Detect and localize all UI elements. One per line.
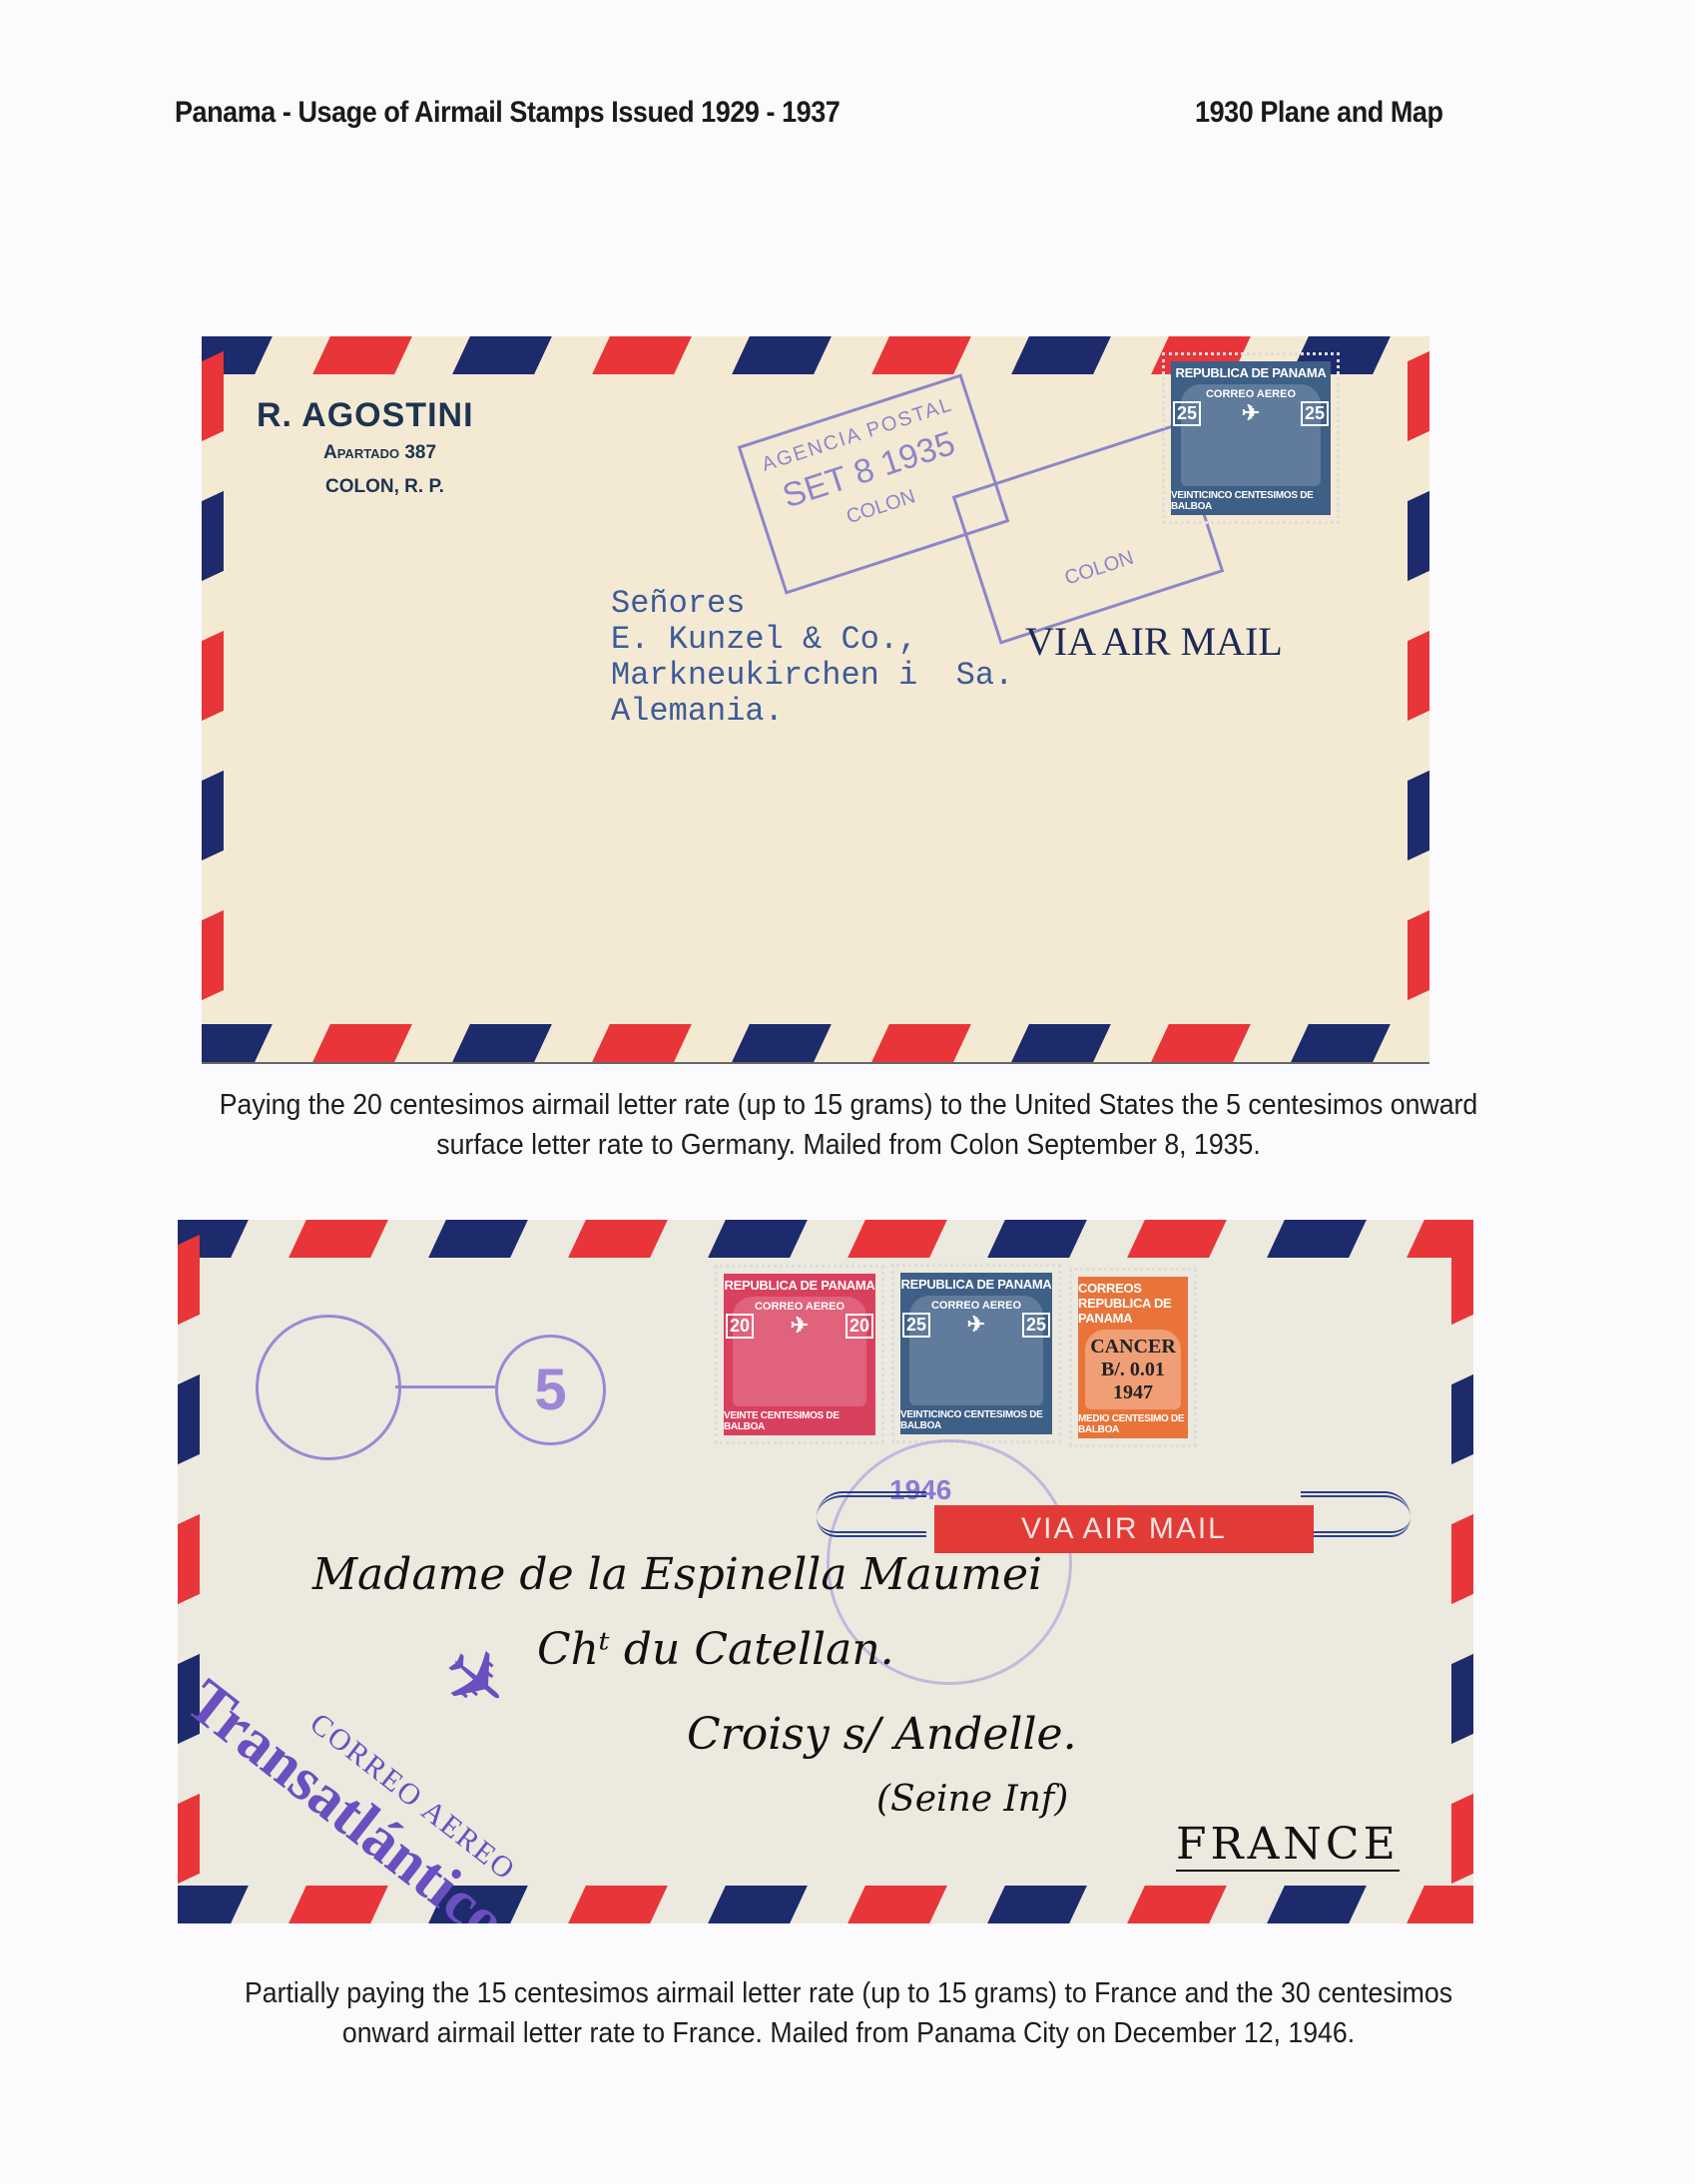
stamp-20c: REPUBLICA DE PANAMACORREO AEREO✈VEINTE C… [715,1265,884,1444]
stamp-half-centesimo-overprint: CORREOS REPUBLICA DE PANAMACANCERB/. 0.0… [1069,1268,1197,1447]
rate-mark-5: 5 [495,1335,606,1445]
air-mail-wings-label: VIA AIR MAIL [817,1491,1411,1551]
sender-name: R. AGOSTINI [257,396,474,435]
addressee-country: FRANCE [1176,1819,1400,1872]
caption-cover-2: Partially paying the 15 centesimos airma… [215,1973,1482,2053]
cover-1946: 5 REPUBLICA DE PANAMACORREO AEREO✈VEINTE… [178,1220,1473,1923]
cover-1935: R. AGOSTINI Apartado 387 COLON, R. P. AG… [202,336,1429,1062]
via-air-mail-label: VIA AIR MAIL [934,1505,1314,1553]
page-subtitle: 1930 Plane and Map [1195,96,1443,130]
addressee-line-3: Croisy s/ Andelle. [687,1709,1077,1760]
stamp-25c: REPUBLICA DE PANAMACORREO AEREO✈VEINTICI… [891,1264,1061,1443]
sender-line2: COLON, R. P. [325,476,444,498]
sender-line1: Apartado 387 [323,442,436,464]
caption-cover-1: Paying the 20 centesimos airmail letter … [215,1085,1482,1165]
addressee-line-1: Madame de la Espinella Maumei [312,1549,1042,1600]
addressee-line-4: (Seine Inf) [876,1779,1068,1820]
via-air-mail-endorsement: VIA AIR MAIL [1025,618,1283,665]
page-title: Panama - Usage of Airmail Stamps Issued … [175,96,840,130]
addressee: Señores E. Kunzel & Co., Markneukirchen … [611,586,1013,730]
rate-mark-bar [395,1385,495,1388]
stamp-25c: REPUBLICA DE PANAMACORREO AEREO✈VEINTICI… [1162,352,1340,524]
rate-mark-circle-empty [256,1315,401,1460]
postmark-box: AGENCIA POSTAL SET 8 1935 COLON [738,373,1010,594]
airplane-icon: ✈ [420,1623,531,1737]
addressee-line-2: Chᵗ du Catellan. [537,1624,894,1675]
